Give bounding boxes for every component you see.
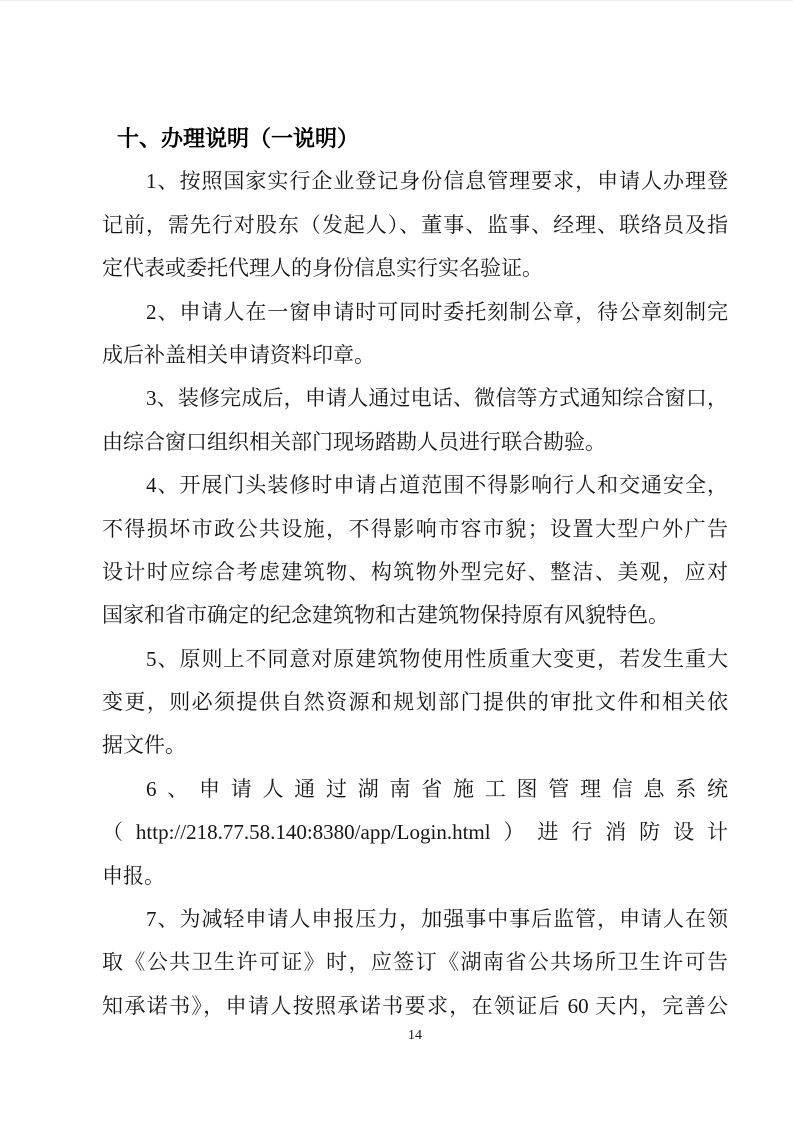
paragraph-line: 取《公共卫生许可证》时，应签订《湖南省公共场所卫生许可告: [102, 941, 728, 984]
paragraph-line: 4、开展门头装修时申请占道范围不得影响行人和交通安全，: [102, 464, 728, 507]
paragraph-line: 2、申请人在一窗申请时可同时委托刻制公章，待公章刻制完: [102, 291, 728, 334]
paragraph-line: 5、原则上不同意对原建筑物使用性质重大变更，若发生重大: [102, 638, 728, 681]
paragraph-line: 1、按照国家实行企业登记身份信息管理要求，申请人办理登: [102, 160, 728, 203]
paragraph-line: 知承诺书》，申请人按照承诺书要求，在领证后 60 天内，完善公: [102, 985, 728, 1028]
paragraph-line: 记前，需先行对股东（发起人）、董事、监事、经理、联络员及指: [102, 204, 728, 247]
paragraph-line: 3、装修完成后，申请人通过电话、微信等方式通知综合窗口，: [102, 377, 728, 420]
paragraph-line: 7、为减轻申请人申报压力，加强事中事后监管，申请人在领: [102, 898, 728, 941]
paragraph-line: 6、申请人通过湖南省施工图管理信息系统: [102, 768, 728, 811]
section-title: 十、办理说明（一说明）: [117, 117, 728, 160]
document-content: 十、办理说明（一说明） 1、按照国家实行企业登记身份信息管理要求，申请人办理登记…: [102, 117, 728, 1028]
paragraph-line: 据文件。: [102, 724, 728, 767]
document-page: 十、办理说明（一说明） 1、按照国家实行企业登记身份信息管理要求，申请人办理登记…: [0, 0, 793, 1123]
paragraph-line: 不得损坏市政公共设施，不得影响市容市貌；设置大型户外广告: [102, 508, 728, 551]
document-body: 1、按照国家实行企业登记身份信息管理要求，申请人办理登记前，需先行对股东（发起人…: [102, 160, 728, 1028]
paragraph-line: 成后补盖相关申请资料印章。: [102, 334, 728, 377]
paragraph-line: （http://218.77.58.140:8380/app/Login.htm…: [102, 811, 728, 854]
paragraph-line: 设计时应综合考虑建筑物、构筑物外型完好、整洁、美观，应对: [102, 551, 728, 594]
paragraph-line: 定代表或委托代理人的身份信息实行实名验证。: [102, 247, 728, 290]
paragraph-line: 由综合窗口组织相关部门现场踏勘人员进行联合勘验。: [102, 421, 728, 464]
page-number: 14: [102, 1026, 728, 1046]
paragraph-line: 国家和省市确定的纪念建筑物和古建筑物保持原有风貌特色。: [102, 594, 728, 637]
paragraph-line: 变更，则必须提供自然资源和规划部门提供的审批文件和相关依: [102, 681, 728, 724]
paragraph-line: 申报。: [102, 855, 728, 898]
